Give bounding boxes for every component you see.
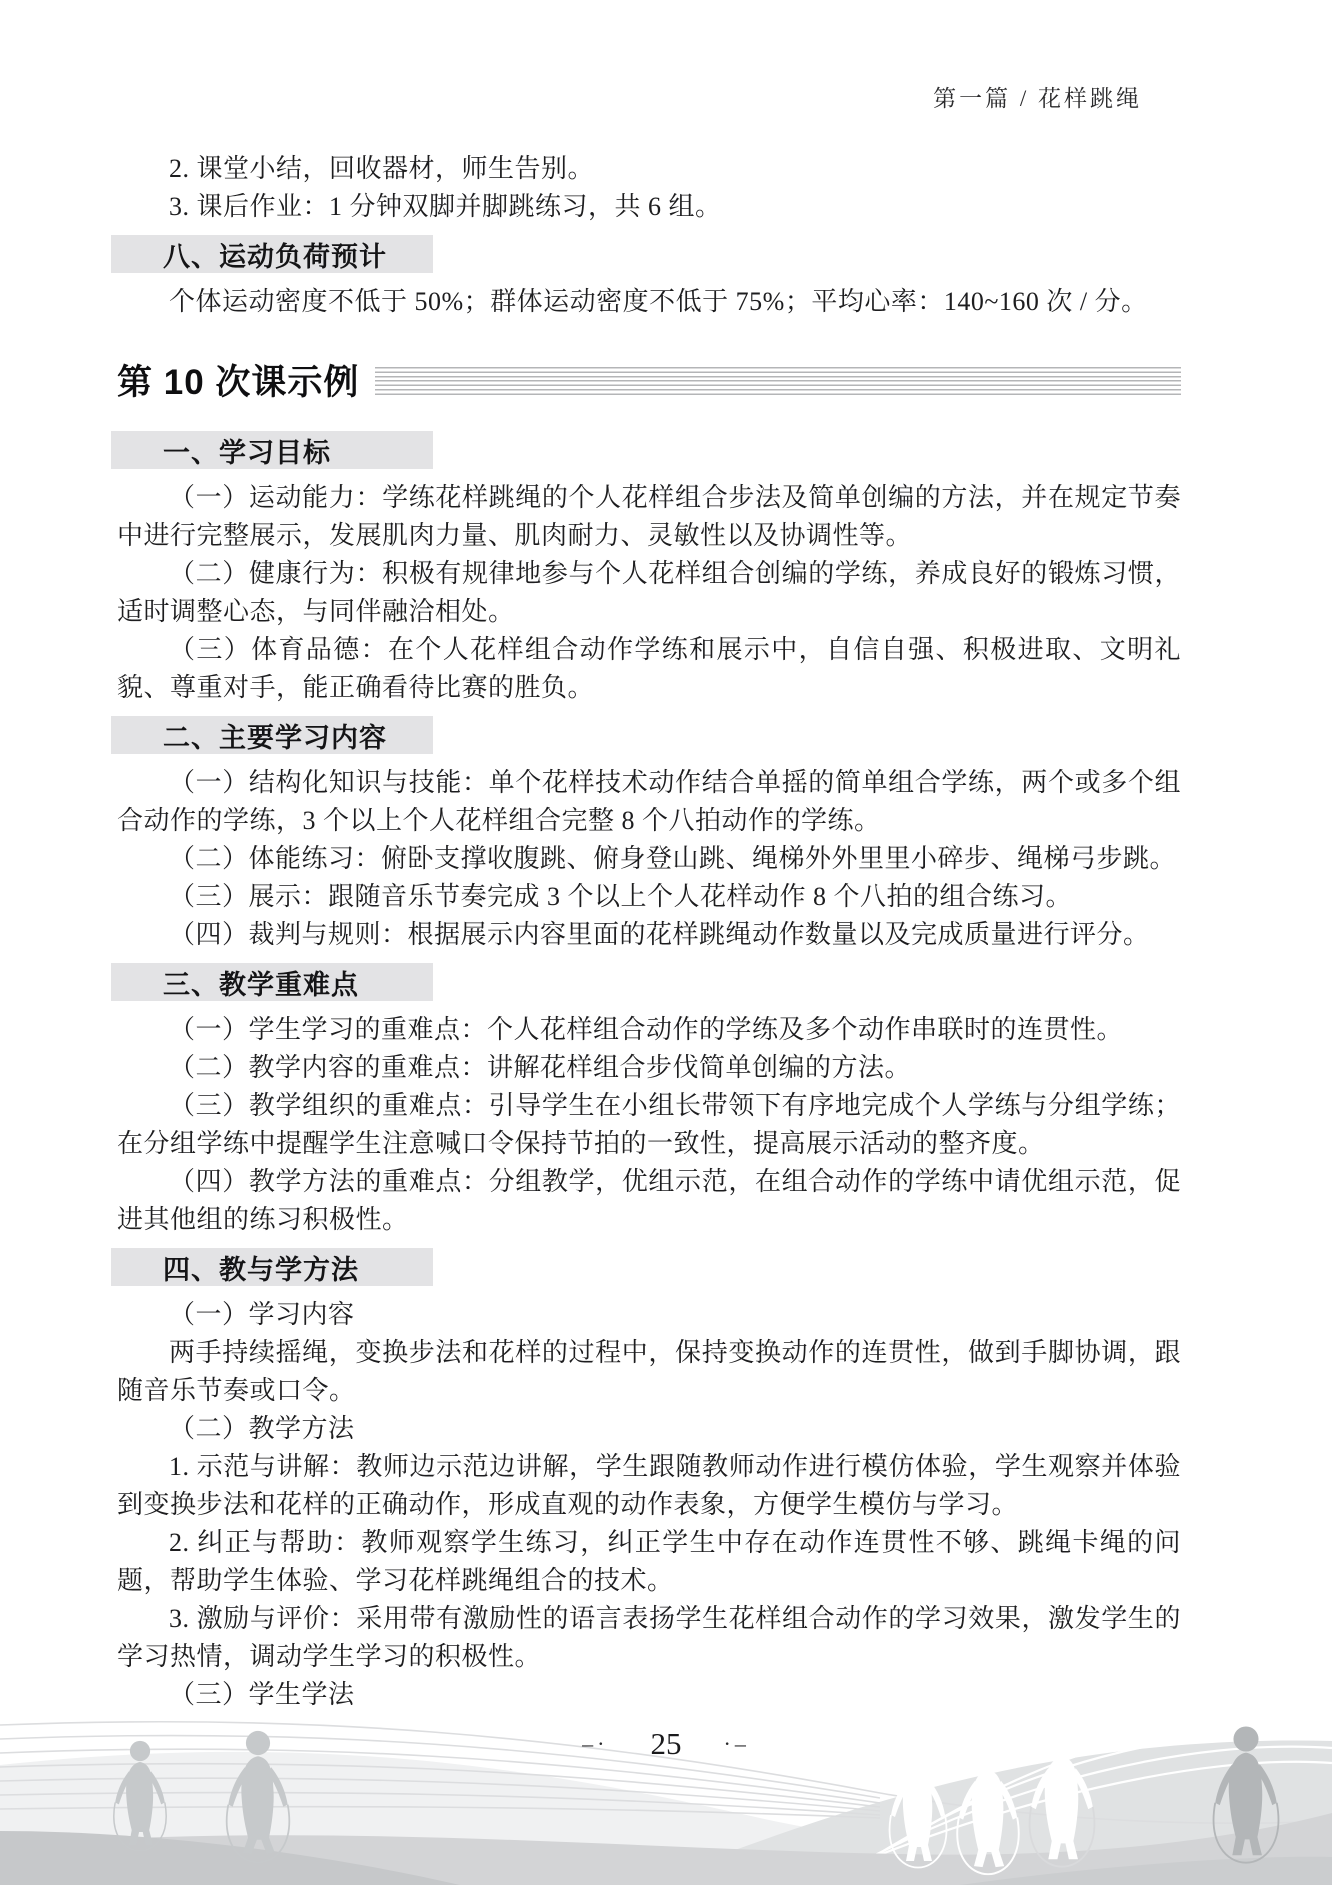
body-paragraph: （三）体育品德：在个人花样组合动作学练和展示中，自信自强、积极进取、文明礼貌、尊… — [117, 631, 1181, 707]
body-paragraph: （一）运动能力：学练花样跳绳的个人花样组合步法及简单创编的方法，并在规定节奏中进… — [117, 479, 1181, 555]
body-paragraph: （一）学生学习的重难点：个人花样组合动作的学练及多个动作串联时的连贯性。 — [117, 1011, 1181, 1049]
section-title: 八、运动负荷预计 — [163, 235, 387, 274]
body-paragraph: （二）教学内容的重难点：讲解花样组合步伐简单创编的方法。 — [117, 1049, 1181, 1087]
body-paragraph: 2. 纠正与帮助：教师观察学生练习，纠正学生中存在动作连贯性不够、跳绳卡绳的问题… — [117, 1524, 1181, 1600]
page-number: 25 — [651, 1726, 682, 1762]
body-paragraph: （四）裁判与规则：根据展示内容里面的花样跳绳动作数量以及完成质量进行评分。 — [117, 916, 1181, 954]
book-page: 第一篇 / 花样跳绳 2. 课堂小结，回收器材，师生告别。 3. 课后作业：1 … — [0, 0, 1332, 1885]
page-content: 2. 课堂小结，回收器材，师生告别。 3. 课后作业：1 分钟双脚并脚跳练习，共… — [117, 150, 1181, 1714]
section-title: 三、教学重难点 — [163, 963, 359, 1002]
section-header-bar: 八、运动负荷预计 — [111, 235, 433, 273]
body-paragraph: （四）教学方法的重难点：分组教学，优组示范，在组合动作的学练中请优组示范，促进其… — [117, 1163, 1181, 1239]
section-header-bar: 一、学习目标 — [111, 431, 433, 469]
body-paragraph: （三）展示：跟随音乐节奏完成 3 个以上个人花样动作 8 个八拍的组合练习。 — [117, 878, 1181, 916]
section-header-bar: 四、教与学方法 — [111, 1248, 433, 1286]
body-paragraph: （二）教学方法 — [117, 1410, 1181, 1448]
page-number-row: –· 25 ·– — [0, 1726, 1332, 1762]
body-paragraph: 两手持续摇绳，变换步法和花样的过程中，保持变换动作的连贯性，做到手脚协调，跟随音… — [117, 1334, 1181, 1410]
body-paragraph: （二）体能练习：俯卧支撑收腹跳、俯身登山跳、绳梯外外里里小碎步、绳梯弓步跳。 — [117, 840, 1181, 878]
page-number-ornament-left: –· — [582, 1731, 608, 1757]
body-paragraph: （三）教学组织的重难点：引导学生在小组长带领下有序地完成个人学练与分组学练；在分… — [117, 1087, 1181, 1163]
body-paragraph: （一）学习内容 — [117, 1296, 1181, 1334]
body-paragraph: 个体运动密度不低于 50%；群体运动密度不低于 75%；平均心率：140~160… — [117, 283, 1181, 321]
body-paragraph: （一）结构化知识与技能：单个花样技术动作结合单摇的简单组合学练，两个或多个组合动… — [117, 764, 1181, 840]
section-header-bar: 三、教学重难点 — [111, 963, 433, 1001]
chapter-title: 第 10 次课示例 — [117, 355, 359, 405]
page-header-breadcrumb: 第一篇 / 花样跳绳 — [933, 80, 1142, 113]
section-header-bar: 二、主要学习内容 — [111, 716, 433, 754]
section-title: 二、主要学习内容 — [163, 716, 387, 755]
body-paragraph: （二）健康行为：积极有规律地参与个人花样组合创编的学练，养成良好的锻炼习惯，适时… — [117, 555, 1181, 631]
body-paragraph: 2. 课堂小结，回收器材，师生告别。 — [117, 150, 1181, 188]
body-paragraph: 3. 课后作业：1 分钟双脚并脚跳练习，共 6 组。 — [117, 188, 1181, 226]
page-number-ornament-right: ·– — [724, 1731, 750, 1757]
section-title: 一、学习目标 — [163, 431, 331, 470]
chapter-heading: 第 10 次课示例 — [117, 355, 1181, 405]
staff-lines-decoration — [375, 367, 1181, 397]
section-title: 四、教与学方法 — [163, 1248, 359, 1287]
body-paragraph: 1. 示范与讲解：教师边示范边讲解，学生跟随教师动作进行模仿体验，学生观察并体验… — [117, 1448, 1181, 1524]
